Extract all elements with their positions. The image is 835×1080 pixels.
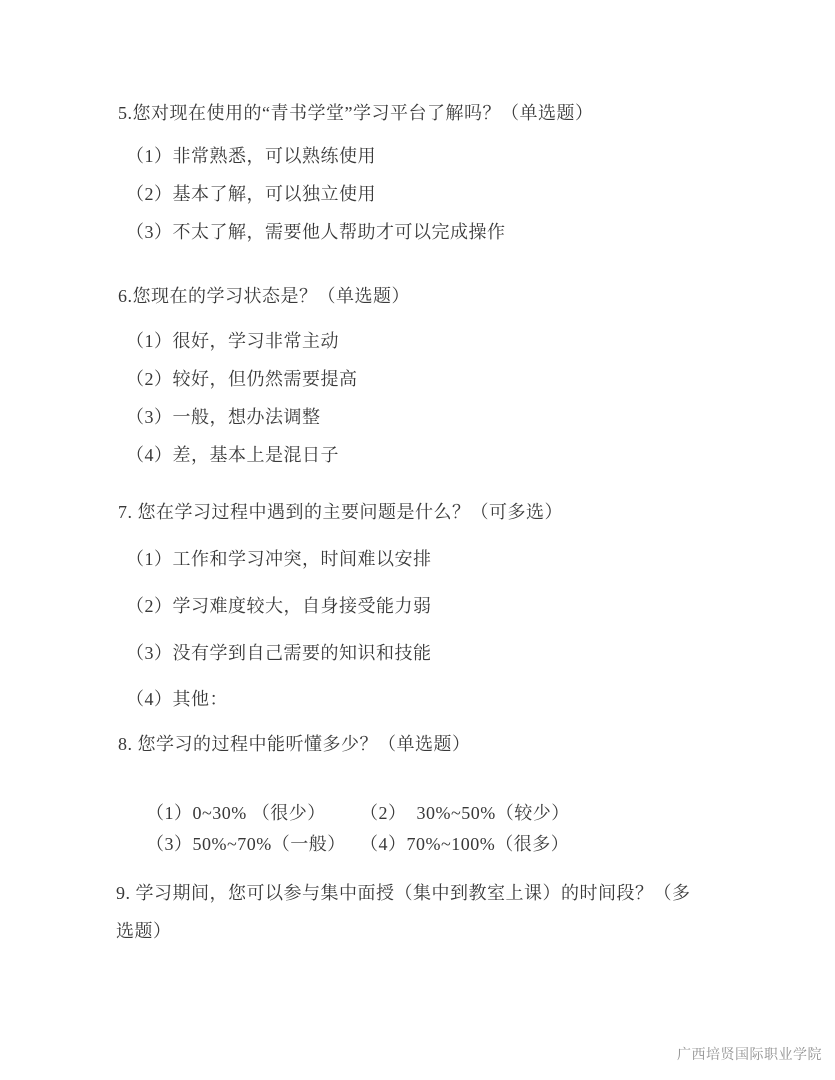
question-8-title: 8. 您学习的过程中能听懂多少？（单选题） [118,732,471,756]
question-5-option-1: （1）非常熟悉，可以熟练使用 [126,144,376,168]
question-8-option-3: （3）50%~70%（一般） [146,832,360,856]
question-6-option-1: （1）很好，学习非常主动 [126,329,339,353]
question-7-option-3: （3）没有学到自己需要的知识和技能 [126,641,432,665]
school-watermark: 广西培贤国际职业学院 [677,1044,822,1064]
question-7-title: 7. 您在学习过程中遇到的主要问题是什么？（可多选） [118,500,563,524]
question-5-title: 5.您对现在使用的“青书学堂”学习平台了解吗？（单选题） [118,101,593,125]
question-8-option-row-2: （3）50%~70%（一般）（4）70%~100%（很多） [126,808,569,880]
question-6-option-2: （2）较好，但仍然需要提高 [126,367,358,391]
question-7-option-2: （2）学习难度较大，自身接受能力弱 [126,594,432,618]
question-9-title-line-2: 选题） [116,919,172,943]
question-7-option-4: （4）其他： [126,687,228,711]
question-9-title-line-1: 9. 学习期间，您可以参与集中面授（集中到教室上课）的时间段？（多 [116,881,691,905]
question-6-option-3: （3）一般，想办法调整 [126,405,321,429]
question-8-option-4: （4）70%~100%（很多） [360,832,569,856]
question-5-option-3: （3）不太了解，需要他人帮助才可以完成操作 [126,220,506,244]
question-5-option-2: （2）基本了解，可以独立使用 [126,182,376,206]
question-7-option-1: （1）工作和学习冲突，时间难以安排 [126,547,432,571]
document-page: 5.您对现在使用的“青书学堂”学习平台了解吗？（单选题） （1）非常熟悉，可以熟… [0,0,835,1080]
question-6-title: 6.您现在的学习状态是？（单选题） [118,284,410,308]
question-6-option-4: （4）差，基本上是混日子 [126,443,339,467]
